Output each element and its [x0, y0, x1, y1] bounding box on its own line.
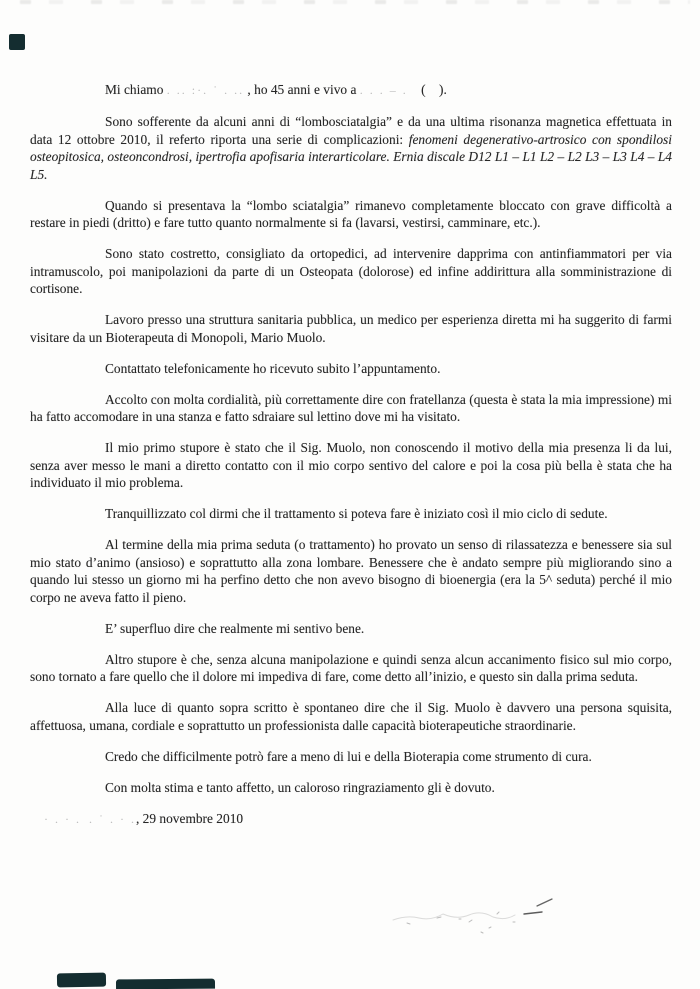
paragraph: Credo che difficilmente potrò fare a men…	[30, 748, 672, 766]
intro-prefix: Mi chiamo	[105, 82, 167, 97]
redacted-closing-place: · . · . . ˙ . · .	[44, 812, 136, 826]
paragraph: Sono stato costretto, consigliato da ort…	[30, 245, 672, 298]
scan-artifact-bar-left	[57, 973, 106, 988]
paragraph: Accolto con molta cordialità, più corret…	[30, 391, 672, 426]
signature-scribble	[385, 892, 590, 940]
paragraph: Con molta stima e tanto affetto, un calo…	[30, 779, 672, 797]
paragraph: Alla luce di quanto sopra scritto è spon…	[30, 699, 672, 734]
paragraph: Quando si presentava la “lombo sciatalgi…	[30, 197, 672, 232]
intro-middle: , ho 45 anni e vivo a	[244, 82, 360, 97]
redacted-town: . . . – .	[360, 83, 408, 97]
letter-date: , 29 novembre 2010	[136, 811, 243, 826]
intro-suffix: ( ).	[408, 82, 447, 97]
paragraph: E’ superfluo dire che realmente mi senti…	[30, 620, 672, 638]
paragraph: Altro stupore è che, senza alcuna manipo…	[30, 651, 672, 686]
redacted-name: . .. :·. ˙ . ..	[167, 83, 244, 97]
paragraph-diagnosis: Sono sofferente da alcuni anni di “lombo…	[30, 113, 672, 183]
scanned-letter-page: Mi chiamo . .. :·. ˙ . .. , ho 45 anni e…	[0, 0, 700, 989]
scan-artifact-square	[9, 34, 25, 50]
letter-body: Mi chiamo . .. :·. ˙ . .. , ho 45 anni e…	[30, 81, 672, 842]
paragraph: Tranquillizzato col dirmi che il trattam…	[30, 505, 672, 523]
date-line: · . · . . ˙ . · ., 29 novembre 2010	[30, 810, 672, 829]
scan-noise-top-edge	[20, 0, 690, 4]
paragraph: Lavoro presso una struttura sanitaria pu…	[30, 311, 672, 346]
paragraph: Contattato telefonicamente ho ricevuto s…	[30, 360, 672, 378]
intro-line: Mi chiamo . .. :·. ˙ . .. , ho 45 anni e…	[30, 81, 672, 100]
paragraph-list: Quando si presentava la “lombo sciatalgi…	[30, 197, 672, 797]
scan-artifact-bar-right	[116, 979, 215, 989]
paragraph: Il mio primo stupore è stato che il Sig.…	[30, 439, 672, 492]
paragraph: Al termine della mia prima seduta (o tra…	[30, 536, 672, 606]
